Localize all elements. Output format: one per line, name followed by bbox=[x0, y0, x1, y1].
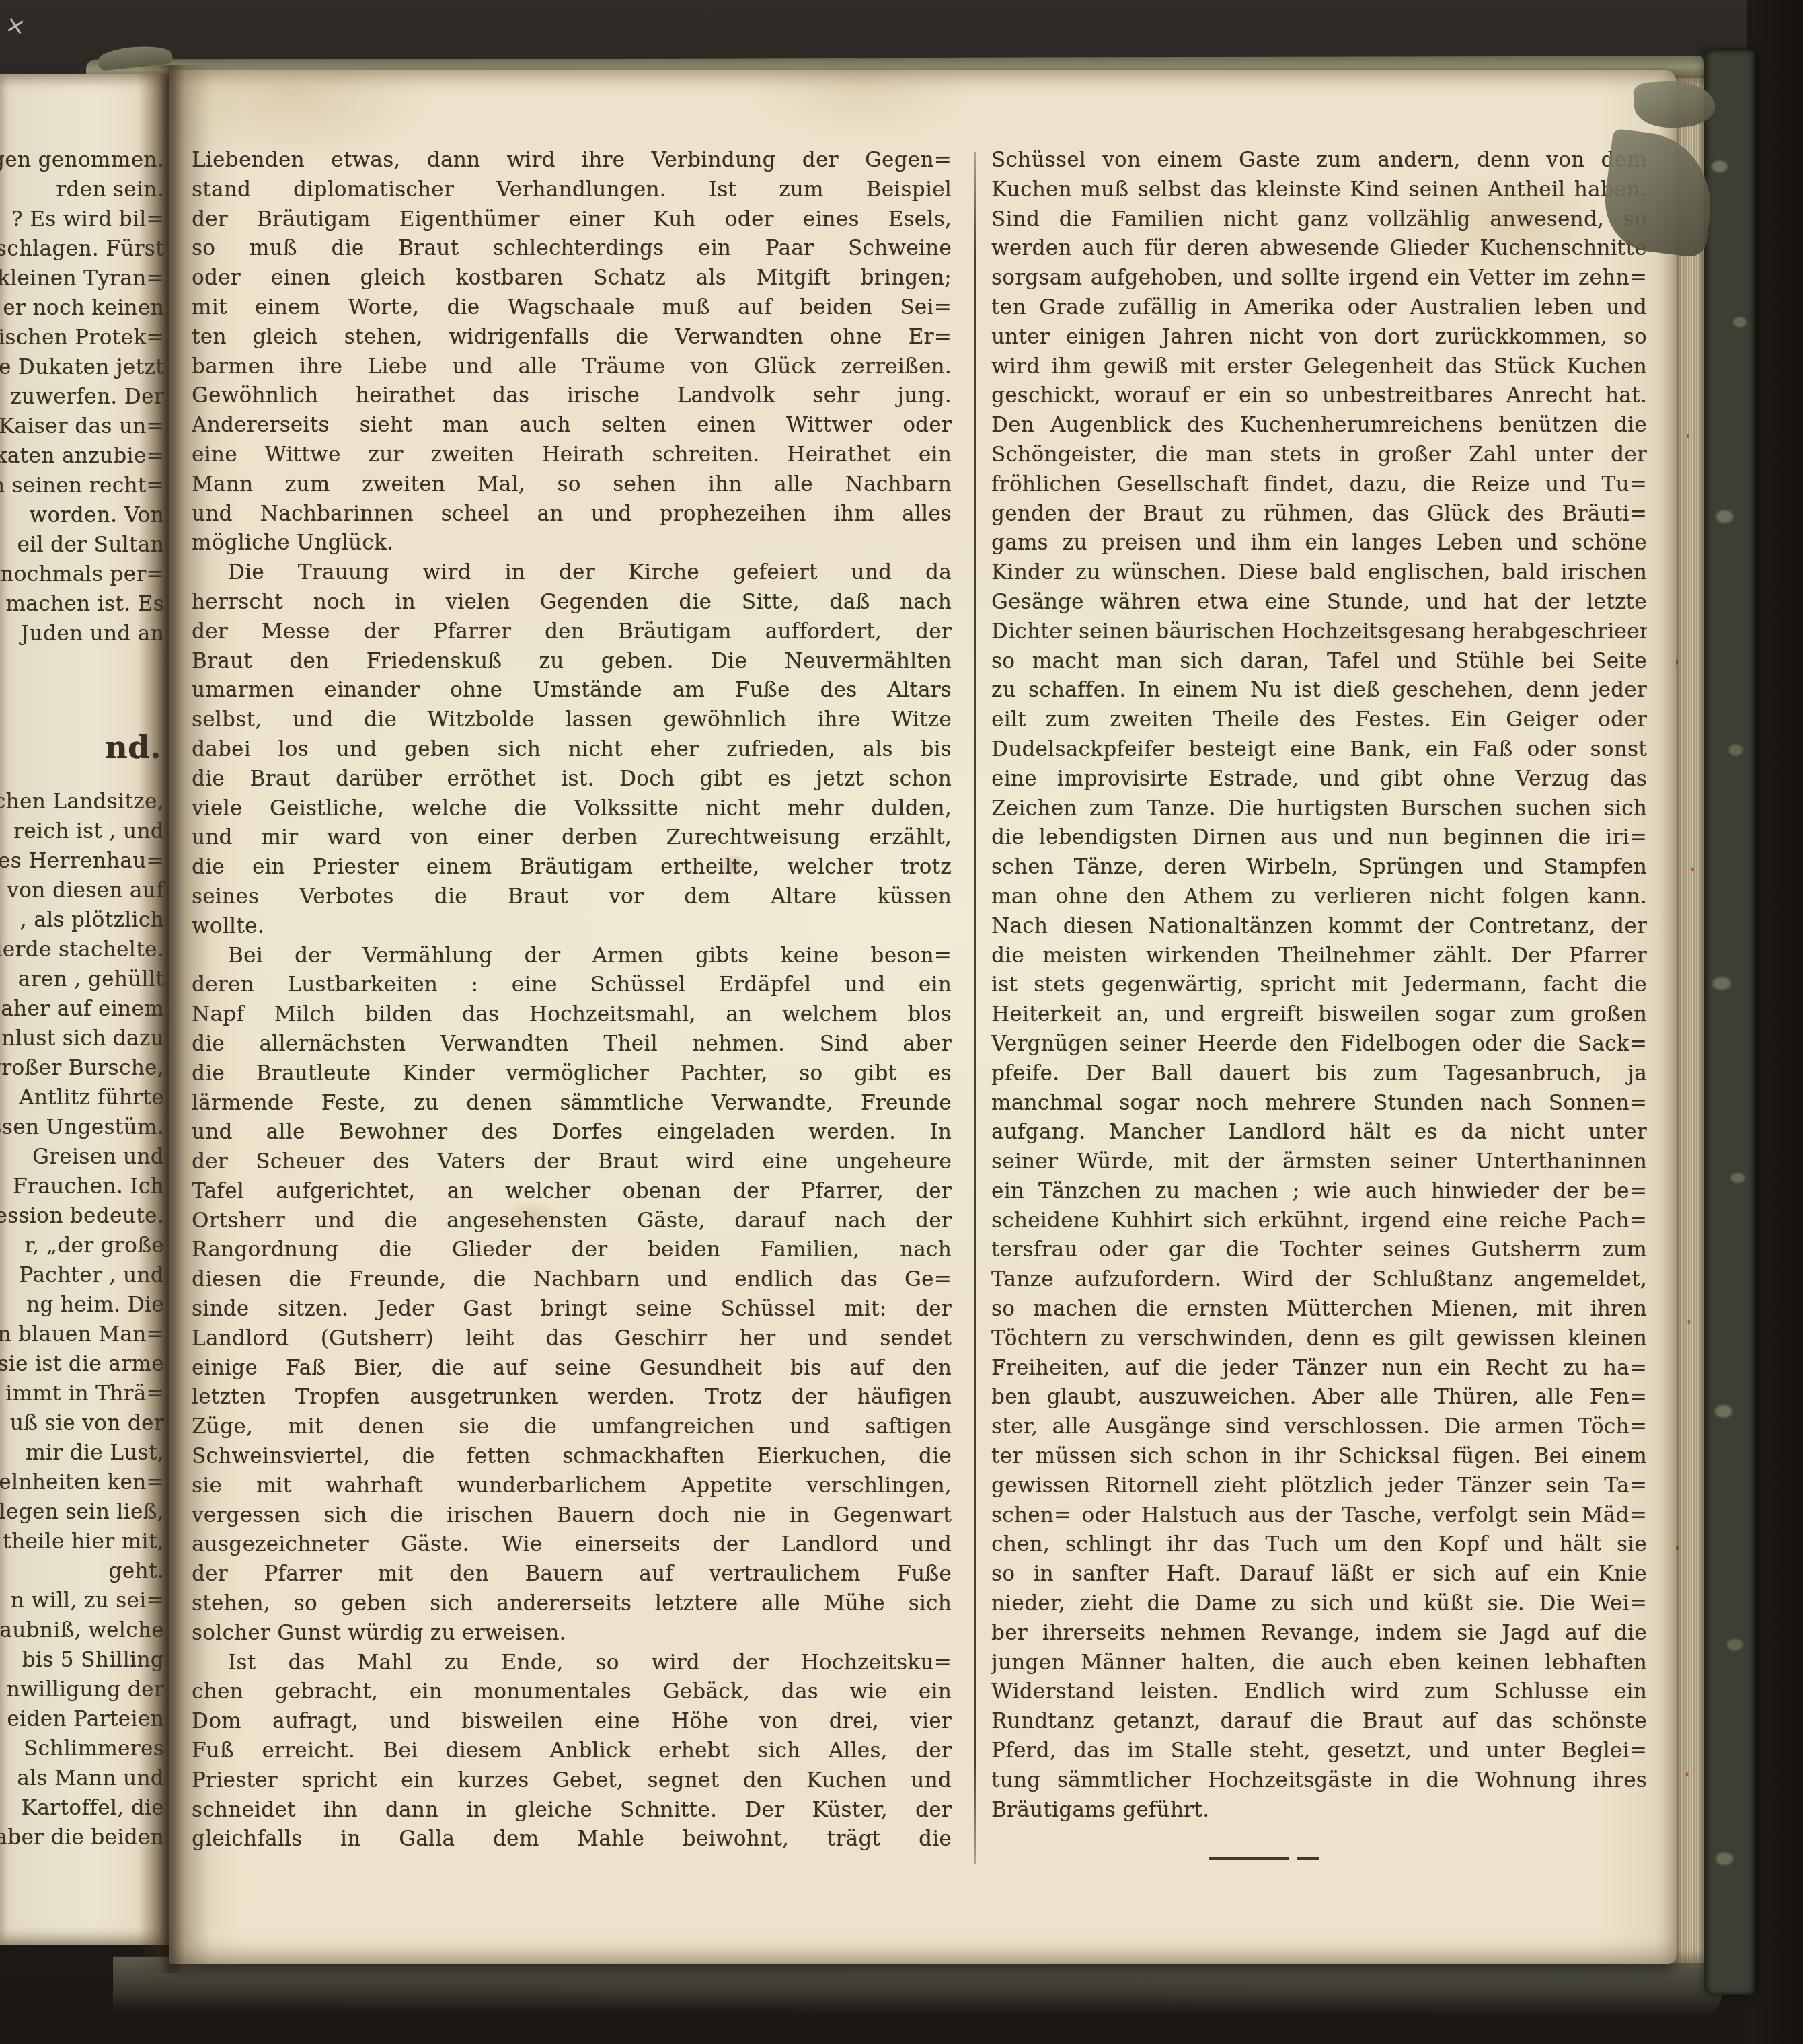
text-line: mit einem Worte, die Wagschaale muß auf … bbox=[192, 293, 952, 323]
text-line: mögliche Unglück. bbox=[192, 529, 952, 558]
text-line: aher auf einem bbox=[0, 994, 164, 1024]
previous-page-text: ngen genommen.rden sein.? Es wird bil=sc… bbox=[0, 145, 164, 1852]
text-line: Frauchen. Ich bbox=[0, 1172, 164, 1201]
text-line: Vergnügen seiner Heerde den Fidelbogen o… bbox=[991, 1030, 1647, 1059]
text-line: schneidet ihn dann in gleiche Schnitte. … bbox=[192, 1796, 952, 1825]
text-line: und Nachbarinnen scheel an und prophezei… bbox=[192, 500, 952, 529]
text-line: sinde sitzen. Jeder Gast bringt seine Sc… bbox=[192, 1295, 952, 1324]
strip-top-fragments: ngen genommen.rden sein.? Es wird bil=sc… bbox=[0, 145, 164, 648]
text-line: ber ihrerseits nehmen Revange, indem sie… bbox=[991, 1619, 1647, 1649]
text-line: Rangordnung die Glieder der beiden Famil… bbox=[192, 1236, 952, 1265]
text-line: Kaiser das un= bbox=[0, 412, 164, 441]
text-line: genden der Braut zu rühmen, das Glück de… bbox=[991, 500, 1647, 529]
text-line: Schüssel von einem Gaste zum andern, den… bbox=[991, 146, 1647, 176]
text-line: geschickt, worauf er ein so unbestreitba… bbox=[991, 381, 1647, 411]
text-line: Tanze aufzufordern. Wird der Schlußtanz … bbox=[991, 1265, 1647, 1295]
text-line: lärmende Feste, zu denen sämmtliche Verw… bbox=[192, 1089, 952, 1119]
text-line: legen sein ließ, bbox=[0, 1497, 164, 1527]
text-line: eiden Parteien bbox=[0, 1704, 164, 1734]
text-line: n will, zu sei= bbox=[0, 1586, 164, 1616]
text-line: gewissen Ritornell zieht plötzlich jeder… bbox=[991, 1472, 1647, 1501]
text-line: herrscht noch in vielen Gegenden die Sit… bbox=[192, 588, 952, 617]
main-page: Liebenden etwas, dann wird ihre Verbindu… bbox=[169, 70, 1676, 1964]
rule-segment bbox=[1209, 1857, 1289, 1860]
text-line: stehen, so geben sich andererseits letzt… bbox=[192, 1589, 952, 1619]
text-line: Widerstand leisten. Endlich wird zum Sch… bbox=[991, 1677, 1647, 1707]
text-line: die allernächsten Verwandten Theil nehme… bbox=[192, 1030, 952, 1059]
text-line: nieder, zieht die Dame zu sich und küßt … bbox=[991, 1589, 1647, 1619]
text-line: man ohne den Athem zu verlieren nicht fo… bbox=[991, 882, 1647, 912]
text-line: Ortsherr und die angesehensten Gäste, da… bbox=[192, 1207, 952, 1236]
text-line: Pferd, das im Stalle steht, gesetzt, und… bbox=[991, 1737, 1647, 1766]
text-line: mir die Lust, bbox=[0, 1438, 164, 1468]
text-line: ten Grade zufällig in Amerika oder Austr… bbox=[991, 293, 1647, 323]
strip-bottom-fragments: lichen Landsitze,reich ist , undes Herre… bbox=[0, 787, 164, 1852]
text-line: und mir ward von einer derben Zurechtwei… bbox=[192, 823, 952, 853]
text-line: Dudelsackpfeifer besteigt eine Bank, ein… bbox=[991, 735, 1647, 765]
text-line: seines Verbotes die Braut vor dem Altare… bbox=[192, 882, 952, 912]
text-line: Liebenden etwas, dann wird ihre Verbindu… bbox=[192, 146, 952, 176]
text-line: großer Bursche, bbox=[0, 1053, 164, 1083]
text-line: einige Faß Bier, die auf seine Gesundhei… bbox=[192, 1354, 952, 1384]
text-line: wollte. bbox=[192, 912, 952, 942]
text-line: kleinen Tyran= bbox=[0, 264, 164, 293]
text-line: als Mann und bbox=[0, 1764, 164, 1793]
text-line: Gewöhnlich heirathet das irische Landvol… bbox=[192, 381, 952, 411]
text-line: Tafel aufgerichtet, an welcher obenan de… bbox=[192, 1177, 952, 1207]
text-line: chen, schlingt ihr das Tuch um den Kopf … bbox=[991, 1530, 1647, 1560]
text-line: selbst, und die Witzbolde lassen gewöhnl… bbox=[192, 706, 952, 735]
text-line: Den Augenblick des Kuchenherumreichens b… bbox=[991, 411, 1647, 441]
text-line: viele Geistliche, welche die Volkssitte … bbox=[192, 794, 952, 824]
text-line: gierde stachelte. bbox=[0, 935, 164, 964]
column-divider-rule bbox=[974, 152, 976, 1864]
text-line: wird ihm gewiß mit erster Gelegenheit da… bbox=[991, 352, 1647, 382]
text-line: Schlimmeres bbox=[0, 1734, 164, 1764]
text-line: Kartoffel, die bbox=[0, 1793, 164, 1823]
text-line: Zeichen zum Tanze. Die hurtigsten Bursch… bbox=[991, 794, 1647, 824]
text-line: vergessen sich die irischen Bauern doch … bbox=[192, 1501, 952, 1531]
page-bottom-edge bbox=[113, 1957, 1722, 2017]
text-line: rden sein. bbox=[0, 175, 164, 204]
text-line: bis 5 Shilling bbox=[0, 1645, 164, 1675]
text-line: letzten Tropfen ausgetrunken werden. Tro… bbox=[192, 1383, 952, 1412]
text-line: Priester spricht ein kurzes Gebet, segne… bbox=[192, 1766, 952, 1796]
text-line: der Scheuer des Vaters der Braut wird ei… bbox=[192, 1147, 952, 1177]
text-line: Dichter seinen bäurischen Hochzeitsgesan… bbox=[991, 617, 1647, 647]
text-line: Kinder zu wünschen. Diese bald englische… bbox=[991, 558, 1647, 588]
text-line: die ein Priester einem Bräutigam ertheil… bbox=[192, 853, 952, 882]
text-line: schlagen. Fürst bbox=[0, 234, 164, 264]
text-line: eine Wittwe zur zweiten Heirath schreite… bbox=[192, 441, 952, 470]
text-line: ng heim. Die bbox=[0, 1290, 164, 1320]
text-line: sorgsam aufgehoben, und sollte irgend ei… bbox=[991, 264, 1647, 293]
text-line: fröhlichen Gesellschaft findet, dazu, di… bbox=[991, 470, 1647, 500]
text-line: die meisten wirkenden Theilnehmer zählt.… bbox=[991, 942, 1647, 971]
text-line: Freiheiten, auf die jeder Tänzer nun ein… bbox=[991, 1354, 1647, 1384]
marbled-cover-board bbox=[1704, 50, 1755, 1995]
background-shadow bbox=[1747, 0, 1803, 2044]
text-line: ession bedeute. bbox=[0, 1201, 164, 1231]
text-line: ten gleich stehen, widrigenfalls die Ver… bbox=[192, 323, 952, 352]
text-line: umarmen einander ohne Umstände am Fuße d… bbox=[192, 676, 952, 706]
text-line: aren , gehüllt bbox=[0, 964, 164, 994]
text-line: an seinen recht= bbox=[0, 471, 164, 500]
text-line: scheidene Kuhhirt sich erkühnt, irgend e… bbox=[991, 1207, 1647, 1236]
text-line: Ist das Mahl zu Ende, so wird der Hochze… bbox=[192, 1649, 952, 1678]
rule-segment bbox=[1297, 1857, 1319, 1860]
text-line: werden auch für deren abwesende Glieder … bbox=[991, 234, 1647, 264]
text-line: ngen genommen. bbox=[0, 145, 164, 175]
text-line: von diesen auf bbox=[0, 876, 164, 905]
text-line: der Pfarrer mit den Bauern auf vertrauli… bbox=[192, 1560, 952, 1589]
text-line: Braut den Friedenskuß zu geben. Die Neuv… bbox=[192, 647, 952, 677]
book-scan: × ngen genommen.rden sein.? Es wird bil=… bbox=[0, 0, 1803, 2044]
text-line: sie mit wahrhaft wunderbarlichem Appetit… bbox=[192, 1472, 952, 1501]
text-line: Dukaten anzubie= bbox=[0, 441, 164, 471]
text-line: es Herrenhau= bbox=[0, 846, 164, 876]
right-column: Schüssel von einem Gaste zum andern, den… bbox=[991, 146, 1647, 1825]
text-line: dabei los und geben sich nicht eher zufr… bbox=[192, 735, 952, 765]
text-line: ter müssen sich schon in ihr Schicksal f… bbox=[991, 1442, 1647, 1472]
text-line: eil der Sultan bbox=[0, 530, 164, 560]
text-line: so in sanfter Haft. Darauf läßt er sich … bbox=[991, 1560, 1647, 1589]
text-line: gleichfalls in Galla dem Mahle beiwohnt,… bbox=[192, 1825, 952, 1854]
text-line: deren Lustbarkeiten : eine Schüssel Erdä… bbox=[192, 971, 952, 1000]
text-line: Mann zum zweiten Mal, so sehen ihn alle … bbox=[192, 470, 952, 500]
text-line: zelnheiten ken= bbox=[0, 1468, 164, 1497]
text-line: ein Tänzchen zu machen ; wie auch hinwie… bbox=[991, 1177, 1647, 1207]
text-line: tersfrau oder gar die Tochter seines Gut… bbox=[991, 1236, 1647, 1265]
text-line: und alle Bewohner des Dorfes eingeladen … bbox=[192, 1118, 952, 1147]
text-line: Antlitz führte bbox=[0, 1083, 164, 1112]
text-line: schen= oder Halstuch aus der Tasche, ver… bbox=[991, 1501, 1647, 1531]
text-line: so machen die ernsten Mütterchen Mienen,… bbox=[991, 1295, 1647, 1324]
text-line: aufgang. Mancher Landlord hält es da nic… bbox=[991, 1118, 1647, 1147]
text-line: nochmals per= bbox=[0, 560, 164, 589]
text-line: Schweinsviertel, die fetten schmackhafte… bbox=[192, 1442, 952, 1472]
text-line: eilt zum zweiten Theile des Festes. Ein … bbox=[991, 706, 1647, 735]
text-line: machen ist. Es bbox=[0, 589, 164, 619]
text-line: tung sämmtlicher Hochzeitsgäste in die W… bbox=[991, 1766, 1647, 1796]
text-line: ist stets gegenwärtig, spricht mit Jeder… bbox=[991, 971, 1647, 1000]
text-line: uß sie von der bbox=[0, 1408, 164, 1438]
text-line: seiner Würde, mit der ärmsten seiner Unt… bbox=[991, 1147, 1647, 1177]
text-line: reich ist , und bbox=[0, 817, 164, 846]
text-line: geht. bbox=[0, 1556, 164, 1586]
text-line: nwilligung der bbox=[0, 1675, 164, 1704]
text-line: der Messe der Pfarrer den Bräutigam auff… bbox=[192, 617, 952, 647]
text-line: stand diplomatischer Verhandlungen. Ist … bbox=[192, 176, 952, 205]
text-line: immt in Thrä= bbox=[0, 1379, 164, 1408]
text-line: worden. Von bbox=[0, 500, 164, 530]
text-line: Juden und an bbox=[0, 619, 164, 648]
text-line: , als plötzlich bbox=[0, 905, 164, 935]
scan-corner-mark: × bbox=[3, 10, 28, 41]
text-line: Napf Milch bilden das Hochzeitsmahl, an … bbox=[192, 1000, 952, 1030]
text-line: jungen Männer halten, die auch eben kein… bbox=[991, 1649, 1647, 1678]
text-line: aber die beiden bbox=[0, 1823, 164, 1852]
text-line: schen Tänze, deren Wirbeln, Sprüngen und… bbox=[991, 853, 1647, 882]
text-line: oder einen gleich kostbaren Schatz als M… bbox=[192, 264, 952, 293]
text-line: Sind die Familien nicht ganz vollzählig … bbox=[991, 205, 1647, 235]
text-line: ster, alle Ausgänge sind verschlossen. D… bbox=[991, 1412, 1647, 1442]
text-line: die Braut darüber erröthet ist. Doch gib… bbox=[192, 765, 952, 794]
text-line: sie ist die arme bbox=[0, 1349, 164, 1379]
text-line: Nach diesen Nationaltänzen kommt der Con… bbox=[991, 912, 1647, 942]
text-line: ssischen Protek= bbox=[0, 323, 164, 352]
text-line: lichen Landsitze, bbox=[0, 787, 164, 817]
text-line: diesen die Freunde, die Nachbarn und end… bbox=[192, 1265, 952, 1295]
text-line: Bräutigams geführt. bbox=[991, 1796, 1647, 1825]
text-line: r, „der große bbox=[0, 1231, 164, 1260]
text-line: Kuchen muß selbst das kleinste Kind sein… bbox=[991, 176, 1647, 205]
text-line: barmen ihre Liebe und alle Träume von Gl… bbox=[192, 352, 952, 382]
text-line: ausgezeichneter Gäste. Wie einerseits de… bbox=[192, 1530, 952, 1560]
text-line: gams zu preisen und ihm ein langes Leben… bbox=[991, 529, 1647, 558]
text-line: Pachter , und bbox=[0, 1260, 164, 1290]
text-line: Dom aufragt, und bisweilen eine Höhe von… bbox=[192, 1707, 952, 1737]
section-end-rule bbox=[1209, 1856, 1319, 1860]
previous-page-strip: ngen genommen.rden sein.? Es wird bil=sc… bbox=[0, 74, 169, 1945]
text-line: Greisen und bbox=[0, 1142, 164, 1172]
text-line: ? Es wird bil= bbox=[0, 204, 164, 234]
text-line: essen Ungestüm. bbox=[0, 1112, 164, 1142]
text-line: chen gebracht, ein monumentales Gebäck, … bbox=[192, 1677, 952, 1707]
text-line: eine improvisirte Estrade, und gibt ohne… bbox=[991, 765, 1647, 794]
text-line: Andererseits sieht man auch selten einen… bbox=[192, 411, 952, 441]
text-line: zuwerfen. Der bbox=[0, 382, 164, 412]
text-line: die lebendigsten Dirnen aus und nun begi… bbox=[991, 823, 1647, 853]
text-line: theile hier mit, bbox=[0, 1527, 164, 1556]
previous-page-heading: nd. bbox=[0, 729, 161, 767]
text-line: der Bräutigam Eigenthümer einer Kuh oder… bbox=[192, 205, 952, 235]
text-line: Töchtern zu verschwinden, denn es gilt g… bbox=[991, 1324, 1647, 1354]
text-line: n blauen Man= bbox=[0, 1320, 164, 1349]
text-line: e Dukaten jetzt bbox=[0, 352, 164, 382]
text-line: Rundtanz getanzt, darauf die Braut auf d… bbox=[991, 1707, 1647, 1737]
text-line: er noch keinen bbox=[0, 293, 164, 323]
text-line: die Brautleute Kinder vermöglicher Pacht… bbox=[192, 1059, 952, 1089]
text-line: Landlord (Gutsherr) leiht das Geschirr h… bbox=[192, 1324, 952, 1354]
text-line: pfeife. Der Ball dauert bis zum Tagesanb… bbox=[991, 1059, 1647, 1089]
text-line: Fuß erreicht. Bei diesem Anblick erhebt … bbox=[192, 1737, 952, 1766]
text-line: so macht man sich daran, Tafel und Stühl… bbox=[991, 647, 1647, 677]
text-line: Züge, mit denen sie die umfangreichen un… bbox=[192, 1412, 952, 1442]
text-line: laubniß, welche bbox=[0, 1616, 164, 1645]
text-line: solcher Gunst würdig zu erweisen. bbox=[192, 1619, 952, 1649]
text-line: nlust sich dazu bbox=[0, 1024, 164, 1053]
text-line: unter einigen Jahren nicht von dort zurü… bbox=[991, 323, 1647, 352]
text-line: zu schaffen. In einem Nu ist dieß gesche… bbox=[991, 676, 1647, 706]
text-line: Heiterkeit an, und ergreift bisweilen so… bbox=[991, 1000, 1647, 1030]
text-line: Schöngeister, die man stets in großer Za… bbox=[991, 441, 1647, 470]
text-line: so muß die Braut schlechterdings ein Paa… bbox=[192, 234, 952, 264]
text-line: ben glaubt, auszuweichen. Aber alle Thür… bbox=[991, 1383, 1647, 1412]
text-line: Gesänge währen etwa eine Stunde, und hat… bbox=[991, 588, 1647, 617]
text-line: manchmal sogar noch mehrere Stunden nach… bbox=[991, 1089, 1647, 1119]
left-column: Liebenden etwas, dann wird ihre Verbindu… bbox=[192, 146, 952, 1854]
text-line: Bei der Vermählung der Armen gibts keine… bbox=[192, 942, 952, 971]
text-line: Die Trauung wird in der Kirche gefeiert … bbox=[192, 558, 952, 588]
